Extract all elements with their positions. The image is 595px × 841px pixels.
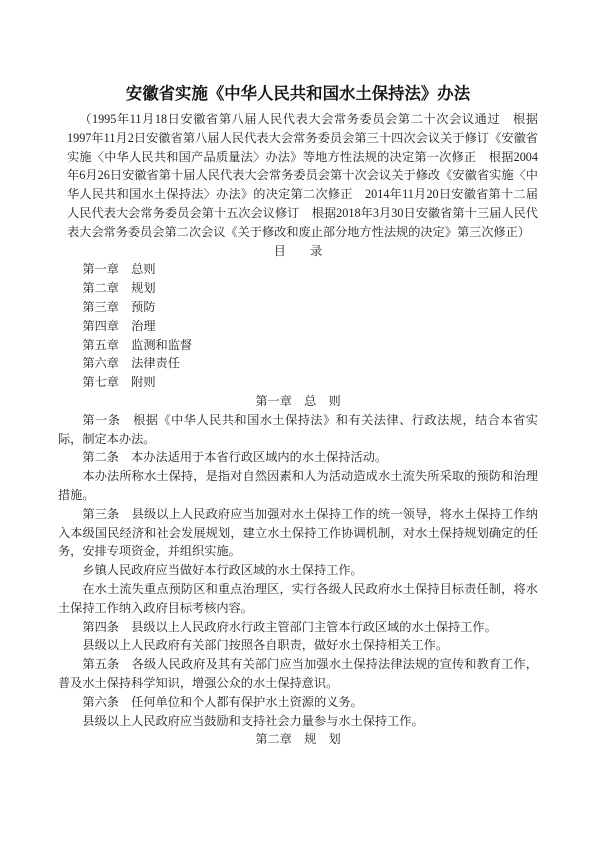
document-title: 安徽省实施《中华人民共和国水土保持法》办法: [58, 84, 538, 104]
toc-item: 第七章 附则: [58, 373, 538, 392]
article-paragraph: 第六条 任何单位和个人都有保护水土资源的义务。: [58, 693, 538, 712]
toc-item: 第四章 治理: [58, 317, 538, 336]
document-page: 安徽省实施《中华人民共和国水土保持法》办法 （1995年11月18日安徽省第八届…: [0, 0, 595, 841]
toc-item: 第一章 总则: [58, 260, 538, 279]
toc-item: 第三章 预防: [58, 298, 538, 317]
article-paragraph: 乡镇人民政府应当做好本行政区域的水土保持工作。: [58, 561, 538, 580]
toc-list: 第一章 总则第二章 规划第三章 预防第四章 治理第五章 监测和监督第六章 法律责…: [58, 260, 538, 392]
article-paragraph: 第四条 县级以上人民政府水行政主管部门主管本行政区域的水土保持工作。: [58, 618, 538, 637]
amendment-history: （1995年11月18日安徽省第八届人民代表大会常务委员会第二十次会议通过 根据…: [67, 110, 538, 242]
toc-item: 第五章 监测和监督: [58, 336, 538, 355]
toc-heading: 目 录: [58, 242, 538, 261]
article-paragraph: 第二条 本办法适用于本省行政区域内的水土保持活动。: [58, 448, 538, 467]
article-paragraph: 在水土流失重点预防区和重点治理区，实行各级人民政府水土保持目标责任制，将水土保持…: [58, 580, 538, 618]
chapter-1-heading: 第一章 总 则: [58, 392, 538, 411]
article-paragraph: 第五条 各级人民政府及其有关部门应当加强水土保持法律法规的宣传和教育工作，普及水…: [58, 655, 538, 693]
article-paragraph: 第三条 县级以上人民政府应当加强对水土保持工作的统一领导，将水土保持工作纳入本级…: [58, 505, 538, 561]
chapter-2-heading: 第二章 规 划: [58, 730, 538, 749]
article-paragraph: 县级以上人民政府有关部门按照各自职责，做好水土保持相关工作。: [58, 636, 538, 655]
chapter-1-body: 第一条 根据《中华人民共和国水土保持法》和有关法律、行政法规，结合本省实际，制定…: [58, 411, 538, 731]
article-paragraph: 县级以上人民政府应当鼓励和支持社会力量参与水土保持工作。: [58, 712, 538, 731]
article-paragraph: 第一条 根据《中华人民共和国水土保持法》和有关法律、行政法规，结合本省实际，制定…: [58, 411, 538, 449]
article-paragraph: 本办法所称水土保持，是指对自然因素和人为活动造成水土流失所采取的预防和治理措施。: [58, 467, 538, 505]
toc-item: 第二章 规划: [58, 279, 538, 298]
toc-item: 第六章 法律责任: [58, 354, 538, 373]
